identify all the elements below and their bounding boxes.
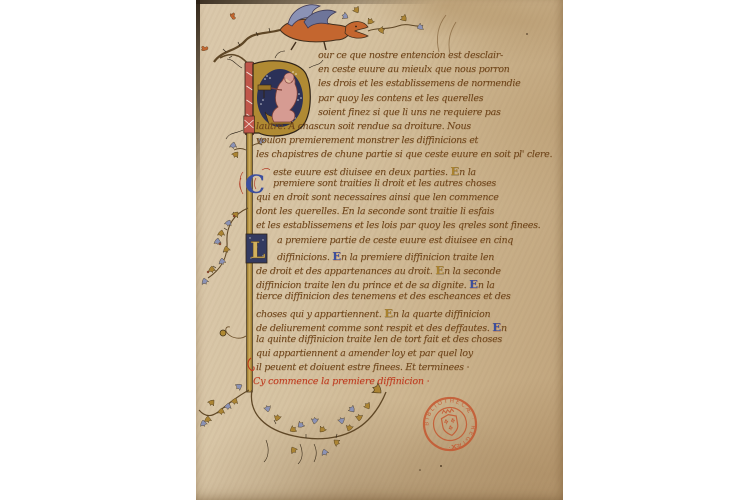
gold-bar-border [247,132,253,392]
text-line: choses qui y appartiennent. En la quarte… [256,306,490,320]
text-line: de deliurement comme sont respit et des … [256,320,507,334]
text-line: il peuent et doiuent estre finees. Et te… [256,362,469,373]
text-line: a premiere partie de ceste euure est diu… [256,235,513,246]
text-segment: n la quarte diffinicion [393,309,490,320]
text-line: la quinte diffinicion traite len de tort… [256,334,502,345]
page-edge-shadow-left [196,0,200,200]
text-segment: la quinte diffinicion traite len de tort… [256,334,502,345]
text-segment: este euure est diuisee en deux parties. [273,167,450,178]
text-segment: qui en droit sont necessaires ainsi que … [256,192,499,203]
text-line: premiere sont traities li droit et les a… [256,178,496,189]
text-line: este euure est diuisee en deux parties. … [256,164,476,178]
text-line: tierce diffinicion des tenemens et des e… [256,291,510,302]
marginal-squiggle [220,327,246,338]
bar-check-ornament [244,116,255,133]
text-segment: et les establissemens et les lois par qu… [256,220,540,231]
text-segment: diffinicion traite len du prince et de s… [256,280,469,291]
text-segment: qui appartiennent a amender loy et par q… [256,348,473,359]
text-block: our ce que nostre entencion est desclair… [256,0,556,420]
text-segment: dont les querelles. En la seconde sont t… [256,206,494,217]
text-line: diffinicions. En la premiere diffinicion… [256,249,494,263]
text-segment: a premiere partie de ceste euure est diu… [277,235,513,246]
ivy-spray-middle [202,208,248,285]
small-initial-e-gold: E [384,306,393,320]
text-segment: premiere sont traities li droit et les a… [273,178,496,189]
ivy-cluster-bottom-left [199,384,249,428]
red-paraph-mark [248,358,254,370]
text-line: par quoy les contens et les querelles [256,93,483,104]
text-segment: les drois et les establissemens de norme… [318,78,520,89]
text-line: et les establissemens et les lois par qu… [256,220,540,231]
small-initial-e-blue: E [332,249,341,263]
text-segment: voulon premierement monstrer les diffini… [256,135,478,146]
text-segment: en ceste euure au mieulx que nous porron [318,64,510,75]
text-segment: choses qui y appartiennent. [256,309,384,320]
text-line: en ceste euure au mieulx que nous porron [256,64,510,75]
text-segment: n la [478,280,495,291]
text-line: les chapistres de chune partie si que ce… [256,149,552,160]
text-segment: lautre. A chascun soit rendue sa droitur… [256,121,471,132]
text-line: diffinicion traite len du prince et de s… [256,277,495,291]
text-segment: les chapistres de chune partie si que ce… [256,149,552,160]
small-initial-e-blue: E [469,277,478,291]
manuscript-page: C L [196,0,563,500]
text-line: qui en droit sont necessaires ainsi que … [256,192,499,203]
text-line: lautre. A chascun soit rendue sa droitur… [256,121,471,132]
text-line: soient finez si que li uns ne requiere p… [256,107,501,118]
small-initial-e-gold: E [450,164,459,178]
text-segment: de deliurement comme sont respit et des … [256,323,492,334]
text-segment: our ce que nostre entencion est desclair… [318,50,503,61]
text-segment: il peuent et doiuent estre finees. Et te… [256,362,469,373]
text-line: les drois et les establissemens de norme… [256,78,520,89]
text-segment: soient finez si que li uns ne requiere p… [318,107,501,118]
text-line: dont les querelles. En la seconde sont t… [256,206,494,217]
text-segment: n [501,323,507,334]
text-line: de droit et des appartenances au droit. … [256,263,501,277]
text-line: our ce que nostre entencion est desclair… [256,50,503,61]
small-initial-e-gold: E [435,263,444,277]
text-segment: de droit et des appartenances au droit. [256,266,435,277]
small-initial-e-blue: E [492,320,501,334]
photo-frame: C L [0,0,742,500]
text-segment: diffinicions. [277,252,332,263]
text-segment: n la premiere diffinicion traite len [341,252,494,263]
rubric-line: Cy commence la premiere diffinicion · [253,376,429,387]
text-segment: tierce diffinicion des tenemens et des e… [256,291,510,302]
text-line: voulon premierement monstrer les diffini… [256,135,478,146]
text-line: qui appartiennent a amender loy et par q… [256,348,473,359]
text-segment: n la seconde [444,266,501,277]
text-segment: par quoy les contens et les querelles [318,93,483,104]
fleur-de-lis-icon [448,425,453,430]
text-segment: n la [459,167,476,178]
stamp-bottom-mark [452,444,457,449]
